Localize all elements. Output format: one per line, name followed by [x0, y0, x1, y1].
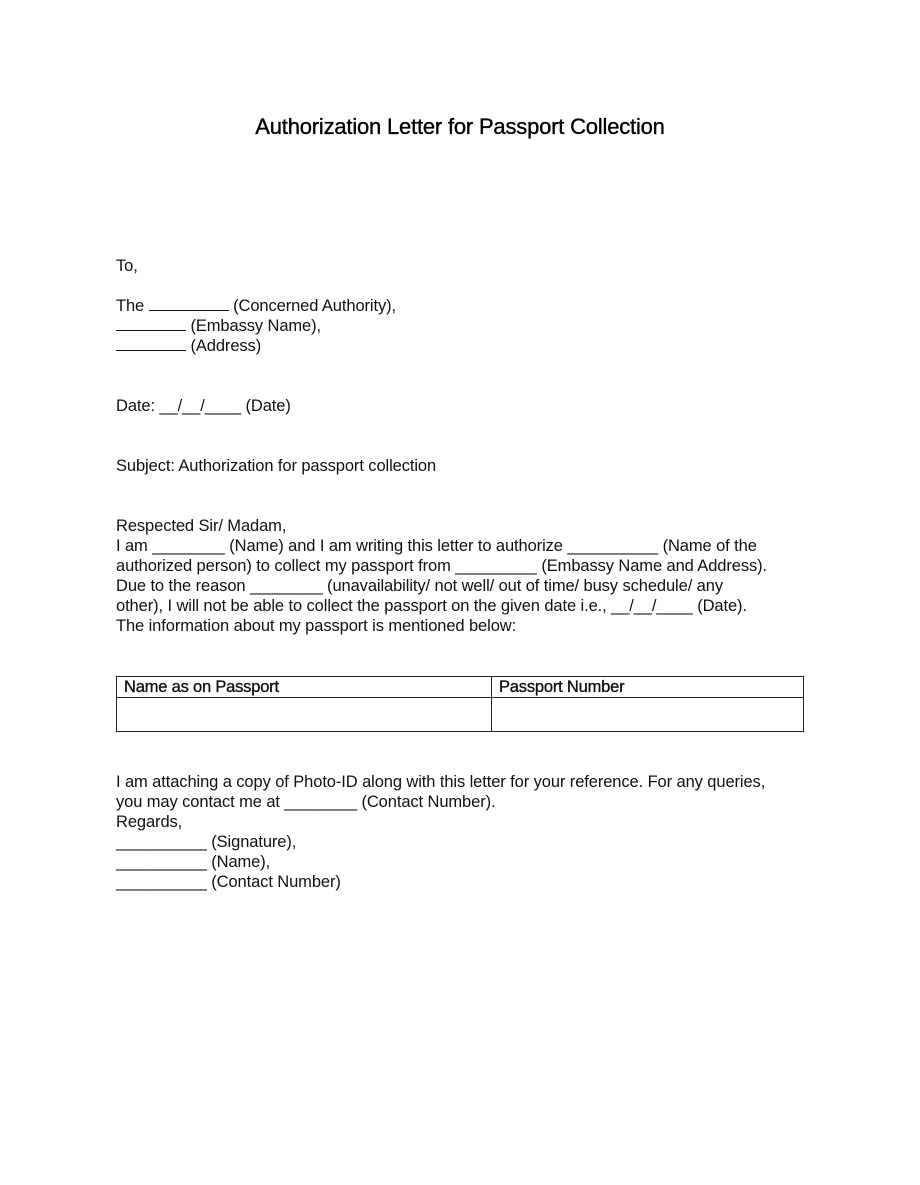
date-prefix: Date:: [116, 397, 155, 415]
regards: Regards,: [116, 812, 182, 832]
address-line-embassy: (Embassy Name),: [116, 316, 321, 336]
greeting: Respected Sir/ Madam,: [116, 516, 286, 536]
authority-label: (Concerned Authority),: [233, 297, 396, 315]
address-prefix: The: [116, 297, 144, 315]
date-blank: __/__/____: [159, 397, 241, 415]
closing-line: I am attaching a copy of Photo-ID along …: [116, 772, 765, 792]
embassy-label: (Embassy Name),: [190, 317, 321, 335]
date-label: (Date): [246, 397, 291, 415]
document-title: Authorization Letter for Passport Collec…: [0, 114, 920, 140]
address-blank: [116, 336, 186, 351]
date-line: Date: __/__/____ (Date): [116, 396, 291, 416]
subject-line: Subject: Authorization for passport coll…: [116, 456, 436, 476]
passport-info-table: Name as on Passport Passport Number: [116, 676, 804, 732]
embassy-blank: [116, 316, 186, 331]
body-line: authorized person) to collect my passpor…: [116, 556, 767, 576]
name-line: __________ (Name),: [116, 852, 270, 872]
address-label: (Address): [190, 337, 261, 355]
address-line-authority: The (Concerned Authority),: [116, 296, 396, 316]
body-line: Due to the reason ________ (unavailabili…: [116, 576, 723, 596]
cell-passport-number: [492, 698, 804, 732]
body-line: The information about my passport is men…: [116, 616, 516, 636]
cell-name-as-on-passport: [117, 698, 492, 732]
authority-blank: [149, 296, 229, 311]
salutation-to: To,: [116, 256, 138, 276]
body-line: I am ________ (Name) and I am writing th…: [116, 536, 757, 556]
table-row: [117, 698, 804, 732]
header-passport-number: Passport Number: [492, 677, 804, 698]
address-line-address: (Address): [116, 336, 261, 356]
header-name-as-on-passport: Name as on Passport: [117, 677, 492, 698]
signature-line: __________ (Signature),: [116, 832, 296, 852]
table-header-row: Name as on Passport Passport Number: [117, 677, 804, 698]
closing-line: you may contact me at ________ (Contact …: [116, 792, 495, 812]
body-line: other), I will not be able to collect th…: [116, 596, 747, 616]
contact-number-line: __________ (Contact Number): [116, 872, 341, 892]
